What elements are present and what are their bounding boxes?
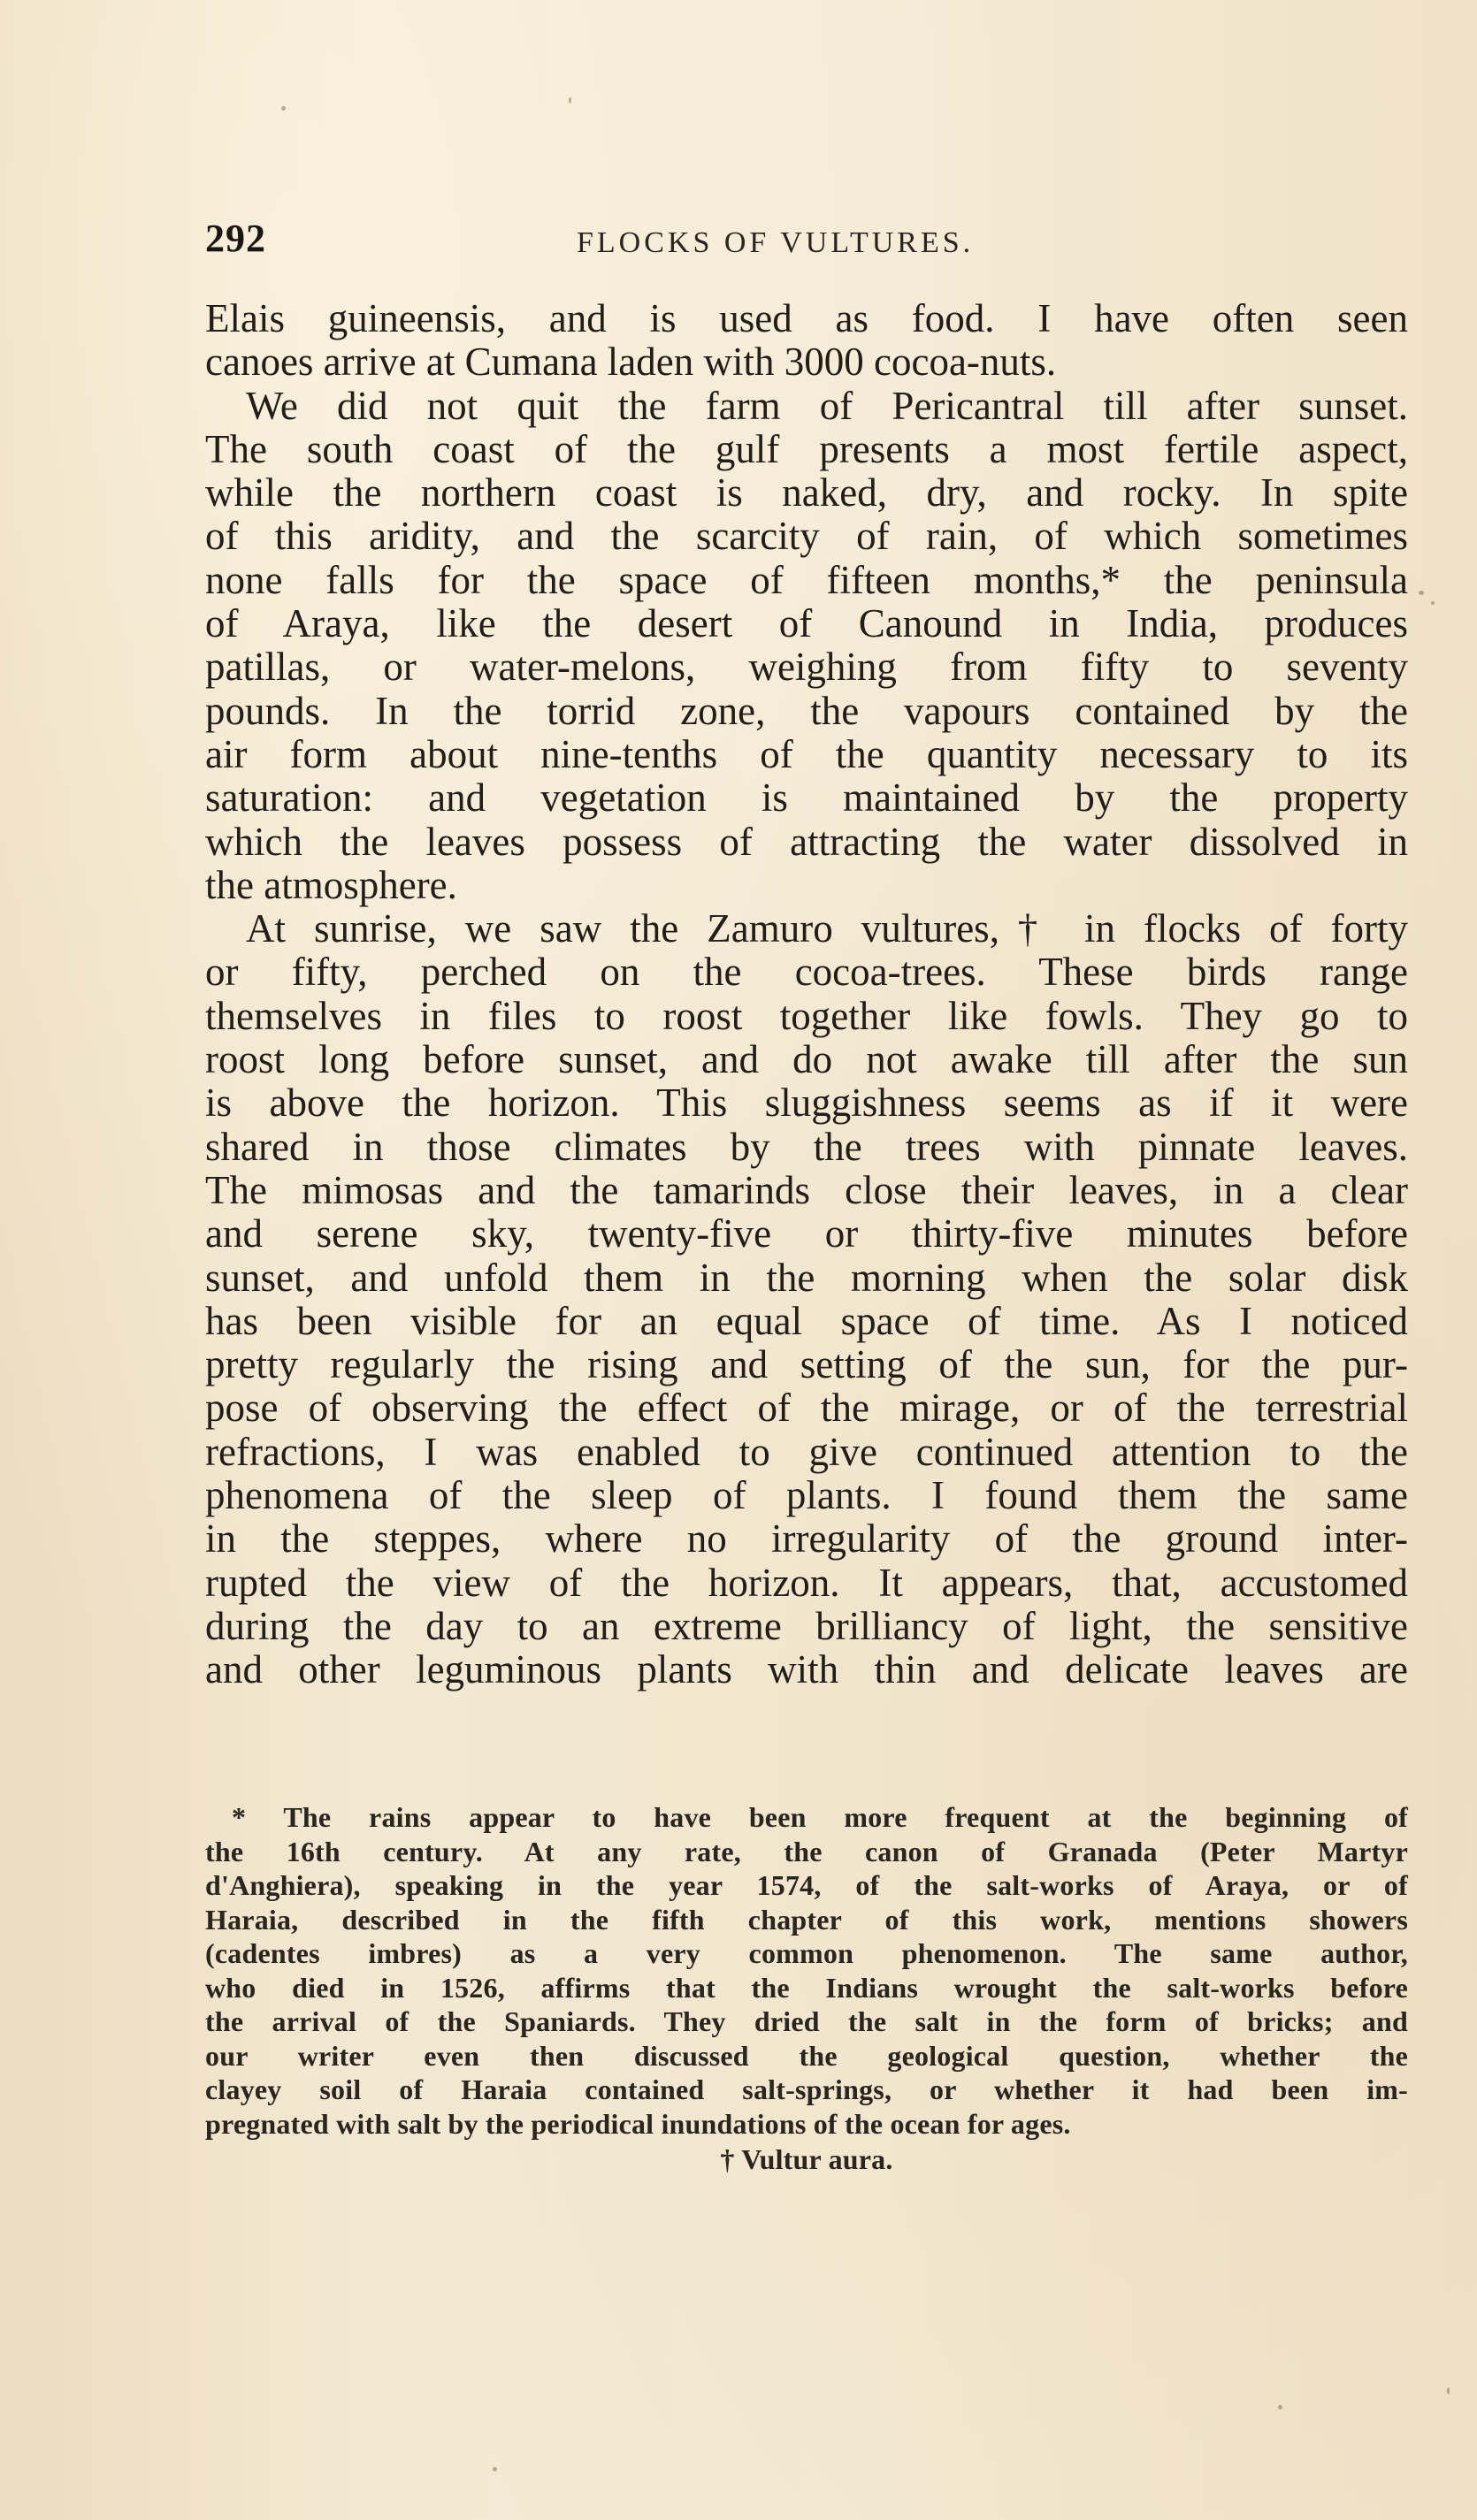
- body-line: refractions, I was enabled to give conti…: [205, 1431, 1408, 1474]
- footnote-line: the arrival of the Spaniards. They dried…: [205, 2005, 1408, 2039]
- running-title: FLOCKS OF VULTURES.: [577, 226, 974, 260]
- body-line: The south coast of the gulf presents a m…: [205, 428, 1408, 471]
- paper-speck: [281, 106, 286, 111]
- running-head: 292 FLOCKS OF VULTURES.: [205, 216, 1408, 269]
- footnote-line: pregnated with salt by the periodical in…: [205, 2107, 1408, 2142]
- body-line: pose of observing the effect of the mira…: [205, 1386, 1408, 1430]
- footnote-line: (cadentes imbres) as a very common pheno…: [205, 1936, 1408, 1971]
- body-line: which the leaves possess of attracting t…: [205, 821, 1408, 864]
- body-line: and other leguminous plants with thin an…: [205, 1648, 1408, 1691]
- footnotes: * The rains appear to have been more fre…: [205, 1800, 1408, 2177]
- body-line: or fifty, perched on the cocoa-trees. Th…: [205, 951, 1408, 994]
- body-line: has been visible for an equal space of t…: [205, 1300, 1408, 1343]
- body-line: of Araya, like the desert of Canound in …: [205, 602, 1408, 645]
- body-line: air form about nine-tenths of the quanti…: [205, 733, 1408, 776]
- body-line: saturation: and vegetation is maintained…: [205, 776, 1408, 820]
- body-line: Elais guineensis, and is used as food. I…: [205, 297, 1408, 340]
- footnote-line: our writer even then discussed the geolo…: [205, 2039, 1408, 2073]
- paper-speck: [1278, 2405, 1282, 2409]
- body-line: rupted the view of the horizon. It appea…: [205, 1562, 1408, 1605]
- body-text: Elais guineensis, and is used as food. I…: [205, 297, 1408, 1692]
- body-line: and serene sky, twenty-five or thirty-fi…: [205, 1212, 1408, 1256]
- body-line: patillas, or water-melons, weighing from…: [205, 645, 1408, 689]
- footnote-line: who died in 1526, affirms that the India…: [205, 1971, 1408, 2005]
- body-line: the atmosphere.: [205, 864, 1408, 907]
- body-line: during the day to an extreme brilliancy …: [205, 1605, 1408, 1648]
- footnote-line: d'Anghiera), speaking in the year 1574, …: [205, 1868, 1408, 1903]
- paper-speck: [493, 2467, 497, 2471]
- body-line: sunset, and unfold them in the morning w…: [205, 1256, 1408, 1300]
- body-line: phenomena of the sleep of plants. I foun…: [205, 1474, 1408, 1517]
- page-number: 292: [205, 216, 266, 261]
- paragraph-start-line: We did not quit the farm of Pericantral …: [205, 385, 1408, 428]
- footnote-line: Haraia, described in the fifth chapter o…: [205, 1903, 1408, 1937]
- body-line: pounds. In the torrid zone, the vapours …: [205, 690, 1408, 733]
- body-line: The mimosas and the tamarinds close thei…: [205, 1169, 1408, 1212]
- body-line: is above the horizon. This sluggishness …: [205, 1081, 1408, 1125]
- body-line: canoes arrive at Cumana laden with 3000 …: [205, 340, 1408, 384]
- footnote-line: clayey soil of Haraia contained salt-spr…: [205, 2073, 1408, 2107]
- body-line: roost long before sunset, and do not awa…: [205, 1038, 1408, 1081]
- paper-speck: [1447, 2387, 1450, 2394]
- body-line: while the northern coast is naked, dry, …: [205, 471, 1408, 515]
- footnote-dagger: † Vultur aura.: [205, 2142, 1408, 2177]
- paper-speck: [1431, 601, 1435, 605]
- body-line: shared in those climates by the trees wi…: [205, 1126, 1408, 1169]
- footnote-line: the 16th century. At any rate, the canon…: [205, 1835, 1408, 1869]
- paper-speck: [569, 97, 571, 103]
- body-line: pretty regularly the rising and setting …: [205, 1343, 1408, 1386]
- footnote-asterisk-start: * The rains appear to have been more fre…: [205, 1800, 1408, 1835]
- body-line: of this aridity, and the scarcity of rai…: [205, 515, 1408, 558]
- paper-speck: [1419, 591, 1424, 595]
- body-line-footnote-ref: none falls for the space of fifteen mont…: [205, 559, 1408, 602]
- body-line: themselves in files to roost together li…: [205, 995, 1408, 1038]
- paragraph-start-line: At sunrise, we saw the Zamuro vultures,†…: [205, 907, 1408, 951]
- body-line: in the steppes, where no irregularity of…: [205, 1517, 1408, 1561]
